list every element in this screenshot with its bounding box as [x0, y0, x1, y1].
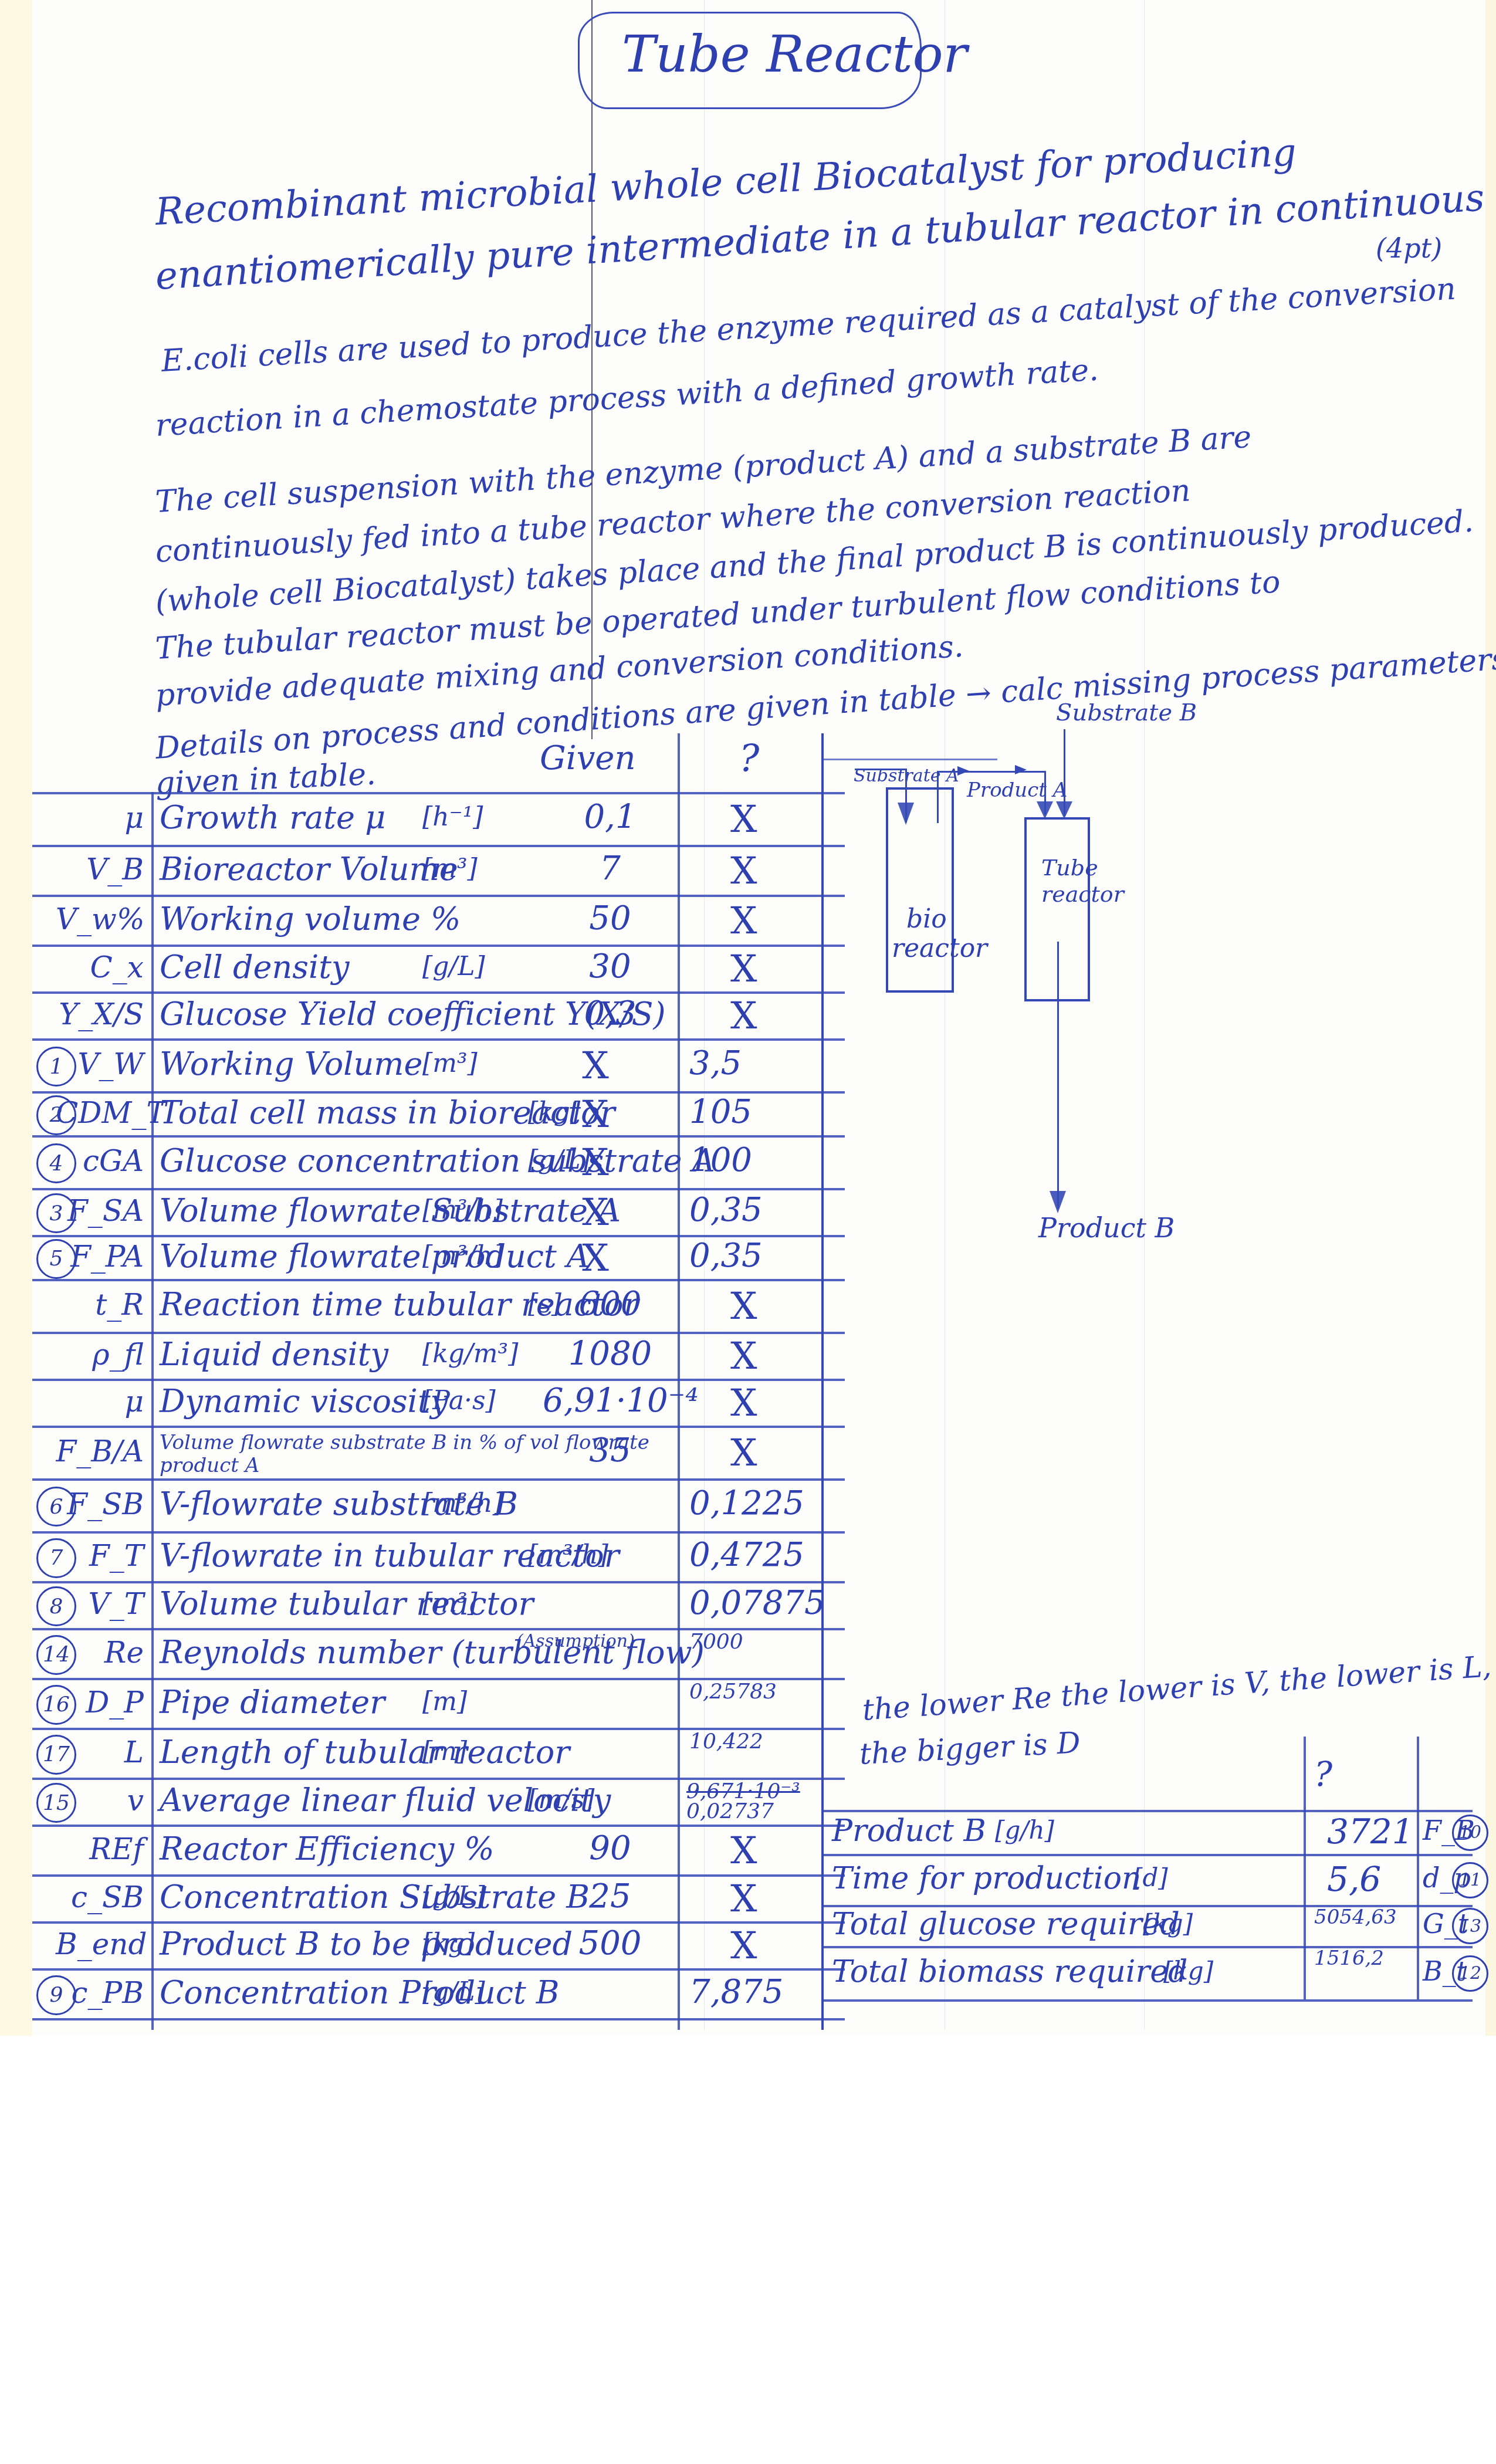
parameter-label: Volume flowrate product A	[160, 1241, 590, 1272]
parameter-unit: [m]	[422, 1739, 467, 1765]
given-value: 6,91·10⁻⁴	[543, 1385, 678, 1417]
given-value: X	[528, 1047, 663, 1085]
row-divider	[32, 1581, 845, 1583]
parameter-unit: [g/L]	[422, 954, 485, 980]
step-number-badge: 10	[1452, 1815, 1488, 1851]
parameter-symbol: ρ_fl	[56, 1340, 144, 1369]
column-header-unknown: ?	[739, 740, 759, 778]
calculated-value: X	[730, 1385, 757, 1422]
calculated-value: 0,35	[689, 1240, 763, 1272]
calculated-value: 7,875	[689, 1976, 783, 2009]
row-divider	[32, 792, 845, 794]
parameter-label: Pipe diameter	[160, 1687, 385, 1718]
parameter-symbol: Re	[56, 1638, 144, 1667]
notebook-page: Tube Reactor Recombinant microbial whole…	[0, 0, 1496, 2036]
parameter-label: Cell density	[160, 952, 349, 983]
row-divider	[32, 1921, 845, 1924]
arrow-right-icon	[1015, 765, 1027, 774]
parameter-symbol: F_B/A	[56, 1437, 144, 1466]
row-divider	[32, 1038, 845, 1041]
parameter-unit: [g/L]	[422, 1979, 485, 2005]
given-value: 0,3	[543, 997, 678, 1030]
results-column-divider	[1417, 1737, 1419, 1999]
calculated-value: 0,07875	[689, 1587, 825, 1620]
row-divider	[32, 991, 845, 994]
row-divider	[32, 1332, 845, 1334]
row-divider	[32, 1135, 845, 1138]
parameter-symbol: D_P	[56, 1688, 144, 1717]
parameter-label: Product B to be produced	[160, 1928, 573, 1960]
given-value: 0,1	[543, 801, 678, 834]
row-divider	[32, 1188, 845, 1190]
results-row-divider	[821, 1854, 1473, 1856]
product-a-line	[937, 771, 1045, 773]
parameter-unit: [m³]	[422, 856, 478, 882]
page-edge-left	[0, 0, 32, 2036]
tube-reactor-label-1: Tube	[1041, 857, 1098, 879]
product-b-line	[1057, 942, 1059, 1209]
row-divider	[32, 1379, 845, 1381]
row-divider	[32, 1968, 845, 1971]
given-value: X	[528, 1240, 663, 1277]
parameter-symbol: cGA	[56, 1146, 144, 1176]
given-value: 600	[543, 1288, 678, 1321]
page-edge-right	[1485, 0, 1496, 2036]
calculated-value: 7000	[689, 1632, 743, 1653]
parameter-symbol: μ	[56, 803, 144, 832]
calculated-value: X	[730, 1927, 757, 1965]
parameter-symbol: V_B	[56, 855, 144, 884]
given-value: 35	[543, 1434, 678, 1467]
parameter-unit: [m³]	[422, 1590, 478, 1616]
step-number-badge: 11	[1452, 1862, 1488, 1898]
calculated-value: 0,4725	[689, 1539, 804, 1572]
parameter-symbol: B_end	[56, 1930, 144, 1959]
calculated-value: X	[730, 852, 757, 890]
parameter-symbol: V_W	[56, 1050, 144, 1079]
row-divider	[32, 1426, 845, 1428]
parameter-label: Reactor Efficiency %	[160, 1833, 495, 1865]
given-value: 7	[543, 852, 678, 885]
diagram-rule	[821, 759, 997, 760]
given-value: 30	[543, 950, 678, 983]
column-divider	[151, 792, 154, 2030]
bioreactor-label-1: bio	[906, 906, 947, 932]
row-divider	[32, 1279, 845, 1281]
results-row-divider	[821, 1999, 1473, 2002]
calculated-value: 0,1225	[689, 1487, 804, 1520]
row-divider	[32, 895, 845, 897]
calculated-value: X	[730, 1338, 757, 1375]
result-value: 3721	[1327, 1815, 1414, 1849]
result-label: Time for production	[832, 1863, 1142, 1894]
parameter-label: Concentration Product B	[160, 1977, 560, 2009]
calculated-value: X	[730, 1832, 757, 1870]
label-product-b: Product B	[1038, 1214, 1175, 1241]
parameter-unit: (Assumption)	[516, 1633, 635, 1650]
calculated-value: X	[730, 1288, 757, 1325]
tube-reactor-label-2: reactor	[1041, 883, 1124, 905]
parameter-label: Dynamic viscosity	[160, 1386, 448, 1417]
given-value: 500	[543, 1927, 678, 1960]
given-value: 1080	[543, 1338, 678, 1370]
result-value: 5,6	[1327, 1862, 1381, 1896]
parameter-unit: [m³/h]	[422, 1197, 503, 1223]
parameter-symbol: c_PB	[56, 1978, 144, 2008]
step-number-badge: 13	[1452, 1908, 1488, 1944]
result-label: Total glucose required	[832, 1909, 1180, 1940]
result-label: Total biomass required	[832, 1957, 1187, 1987]
results-header-unknown: ?	[1314, 1757, 1332, 1791]
page-title: Tube Reactor	[622, 29, 967, 80]
calculated-value: X	[730, 1880, 757, 1918]
substrate-a-line	[855, 769, 906, 770]
parameter-symbol: c_SB	[56, 1883, 144, 1912]
parameter-label: Length of tubular reactor	[160, 1737, 570, 1768]
parameter-symbol: V_T	[56, 1589, 144, 1619]
row-divider	[32, 1874, 845, 1877]
given-value: 90	[543, 1832, 678, 1865]
note-line-2: the bigger is D	[859, 1728, 1081, 1769]
parameter-unit: [g/L]	[422, 1884, 485, 1910]
parameter-symbol: F_SB	[56, 1490, 144, 1519]
points-label: (4pt)	[1376, 235, 1442, 262]
parameter-unit: [kg/m³]	[422, 1341, 518, 1367]
parameter-symbol: CDM_T	[56, 1098, 144, 1128]
result-label: Product B	[832, 1816, 986, 1846]
given-value: X	[528, 1194, 663, 1231]
step-number-badge: 12	[1452, 1955, 1488, 1992]
calculated-value: 10,422	[689, 1731, 763, 1752]
arrow-down-icon	[1037, 801, 1053, 819]
results-column-divider	[1304, 1737, 1306, 1999]
parameter-symbol: F_SA	[56, 1196, 144, 1226]
result-unit: [kg]	[1163, 1959, 1213, 1984]
row-divider	[32, 945, 845, 947]
parameter-symbol: μ	[56, 1387, 144, 1416]
row-divider	[32, 2018, 845, 2020]
row-divider	[32, 1531, 845, 1534]
parameter-label: Liquid density	[160, 1339, 388, 1370]
parameter-unit: [m/s]	[528, 1787, 594, 1813]
parameter-symbol: REf	[56, 1835, 144, 1864]
calculated-value: 3,5	[689, 1047, 742, 1080]
result-value: 5054,63	[1314, 1907, 1397, 1927]
parameter-unit: [m³]	[422, 1051, 478, 1077]
parameter-symbol: t_R	[56, 1290, 144, 1319]
calculated-value: X	[730, 902, 757, 940]
parameter-label: Concentration Substrate B	[160, 1881, 590, 1913]
parameter-symbol: C_x	[56, 953, 144, 982]
parameter-unit: [Pa·s]	[422, 1388, 496, 1414]
result-unit: [g/h]	[995, 1818, 1054, 1843]
parameter-unit: [kg]	[422, 1931, 475, 1957]
faint-rule	[704, 0, 705, 2030]
diagram-left-border	[821, 733, 824, 2030]
calculated-value: 0,02737	[686, 1801, 774, 1822]
calculated-value: X	[730, 801, 757, 838]
given-value: X	[528, 1144, 663, 1182]
calculated-value: X	[730, 997, 757, 1035]
calculated-value: X	[730, 1434, 757, 1472]
arrow-right-icon	[957, 766, 969, 776]
arrow-down-icon	[1050, 1191, 1066, 1213]
parameter-unit: [m³/h]	[422, 1491, 503, 1517]
parameter-unit: [h⁻¹]	[422, 804, 483, 830]
row-divider	[32, 1825, 845, 1827]
parameter-label: Working Volume	[160, 1048, 422, 1080]
parameter-label: Bioreactor Volume	[160, 854, 458, 885]
note-line-1: the lower Re the lower is V, the lower i…	[861, 1651, 1492, 1725]
given-value: 50	[543, 902, 678, 935]
column-header-given: Given	[540, 742, 636, 775]
parameter-symbol: L	[56, 1738, 144, 1767]
result-unit: [kg]	[1143, 1911, 1193, 1936]
result-unit: [d]	[1133, 1866, 1168, 1890]
row-divider	[32, 845, 845, 847]
calculated-value: X	[730, 950, 757, 988]
parameter-symbol: V_w%	[56, 905, 144, 934]
parameter-symbol: F_PA	[56, 1242, 144, 1271]
label-substrate-b: Substrate B	[1056, 701, 1197, 725]
problem-line: E.coli cells are used to produce the enz…	[161, 274, 1457, 377]
row-divider	[32, 1478, 845, 1481]
arrow-down-icon	[898, 803, 914, 825]
given-value: X	[528, 1096, 663, 1133]
parameter-symbol: F_T	[56, 1541, 144, 1571]
parameter-symbol: v	[56, 1786, 144, 1815]
parameter-label: Growth rate μ	[160, 802, 385, 834]
parameter-unit: [m³/h]	[422, 1243, 503, 1269]
given-value: 25	[543, 1880, 678, 1913]
product-a-pipe	[937, 771, 939, 823]
parameter-symbol: Y_X/S	[56, 1000, 144, 1029]
calculated-value: 100	[689, 1144, 752, 1177]
calculated-value: 0,25783	[689, 1681, 777, 1703]
result-value: 1516,2	[1314, 1948, 1384, 1968]
parameter-unit: [m³/h]	[528, 1542, 608, 1568]
label-product-a: Product A	[967, 780, 1067, 800]
parameter-unit: [m]	[422, 1689, 467, 1715]
parameter-label: Working volume %	[160, 903, 461, 935]
arrow-down-icon	[1056, 801, 1072, 819]
calculated-value: 0,35	[689, 1194, 763, 1227]
calculated-value: 105	[689, 1096, 752, 1129]
bioreactor-label-2: reactor	[892, 936, 987, 962]
